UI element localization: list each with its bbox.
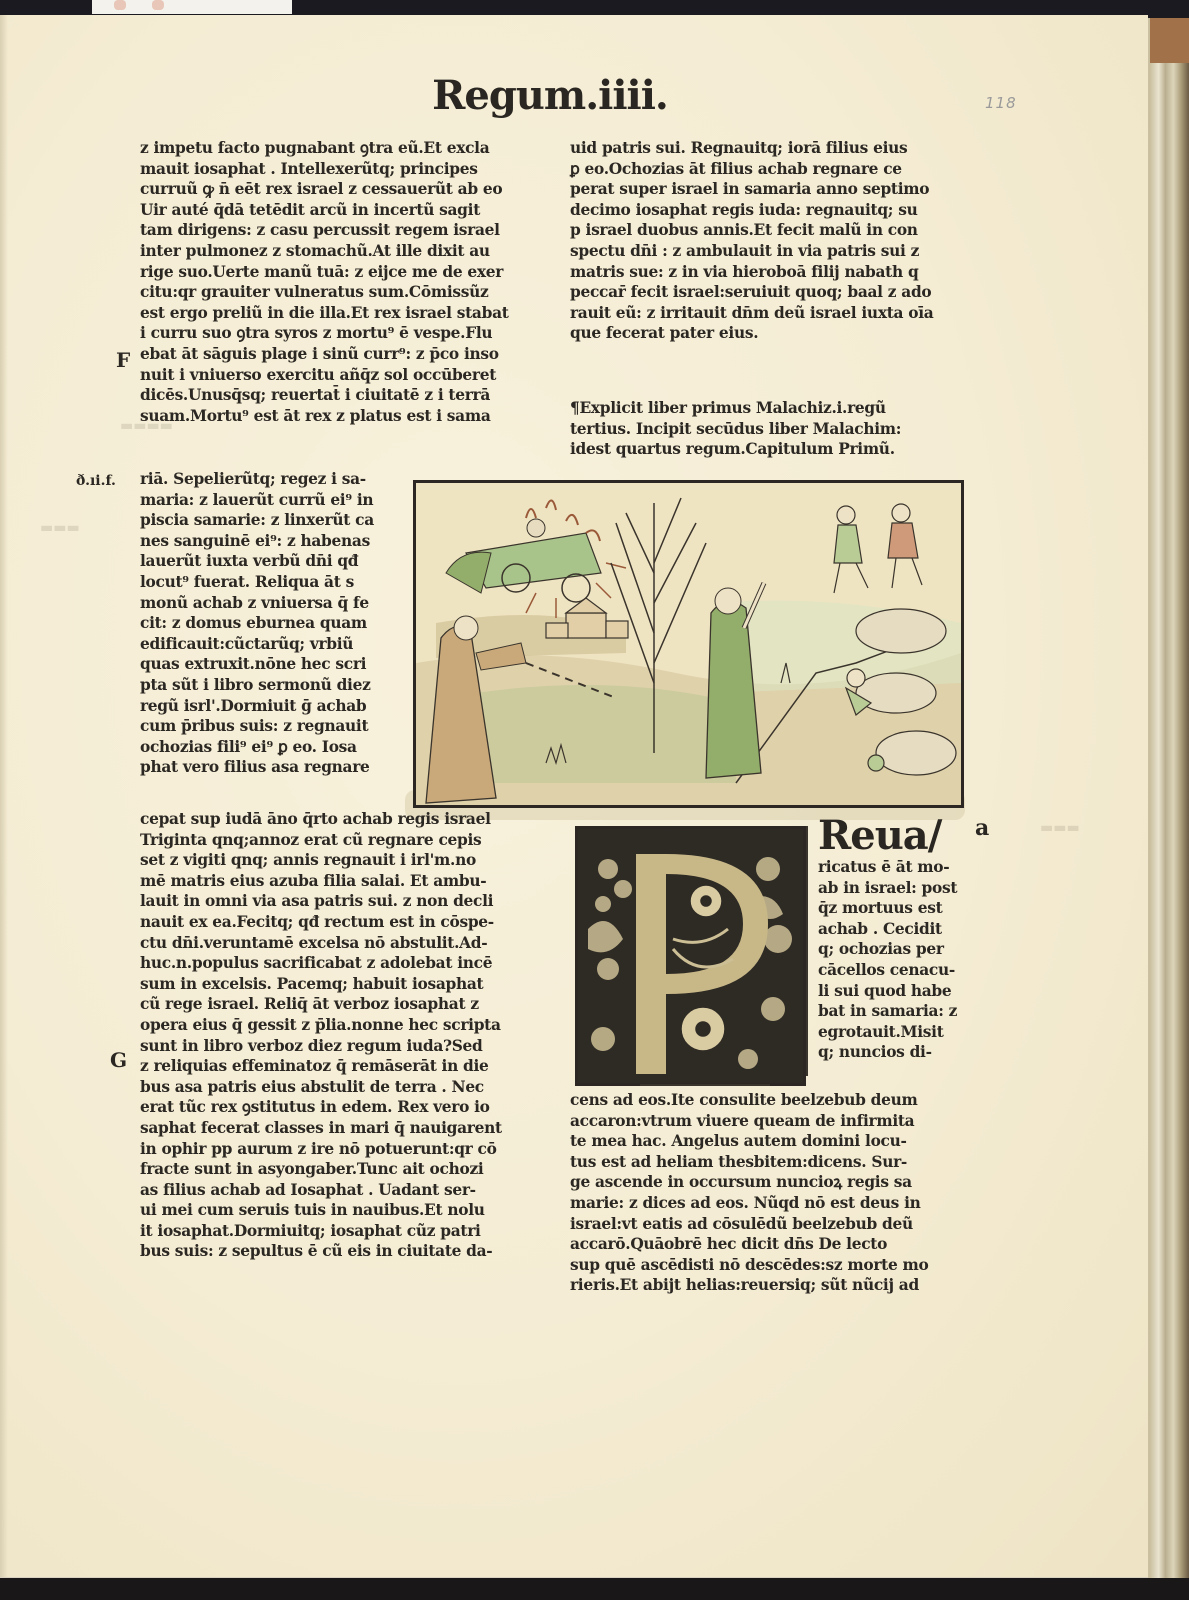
initial-bottom-rule (640, 1084, 770, 1086)
book-binding-corner (1150, 18, 1189, 63)
floral-initial-icon (578, 829, 803, 1083)
woodcut-illustration (413, 480, 964, 808)
running-head: Regum.iiii. (420, 72, 680, 119)
scan-background-bottom (0, 1578, 1189, 1600)
marginal-section-letter: a (975, 815, 989, 841)
decorated-initial-p (575, 826, 806, 1086)
elijah-chariot-woodcut-icon (416, 483, 961, 805)
paragraph-mark-f: F (116, 348, 130, 372)
pencil-folio-number: 118 (985, 94, 1017, 112)
initial-side-rule (806, 826, 808, 1076)
explicit-incipit-text: ¶Explicit liber primus Malachiz.i.regũ t… (570, 398, 901, 460)
right-column-beside-initial-text: ricatus ē āt mo- ab in israel: post q̄z … (818, 857, 957, 1063)
archive-label-strip (92, 0, 292, 14)
show-through-text: ▬▬▬ (1040, 820, 1080, 836)
right-column-top-text: uid patris sui. Regnauitq; iorā filius e… (570, 138, 933, 344)
chapter-opening-word: Reua/ (818, 814, 941, 858)
left-column-bottom-text: cepat sup iudā āno q̄rto achab regis isr… (140, 809, 502, 1262)
paragraph-mark-g: G (110, 1048, 127, 1072)
right-column-bottom-text: cens ad eos.Ite consulite beelzebub deum… (570, 1090, 929, 1296)
left-column-top-text: z impetu facto pugnabant ꝯtra eũ.Et excl… (140, 138, 509, 426)
left-column-beside-woodcut-text: riā. Sepelierũtq; regez i sa- maria: z l… (140, 469, 374, 778)
page-gutter-shadow (0, 15, 8, 1577)
marginal-cross-reference: ð.ıi.f. (76, 473, 116, 489)
show-through-text: ▬▬▬ (40, 520, 80, 536)
